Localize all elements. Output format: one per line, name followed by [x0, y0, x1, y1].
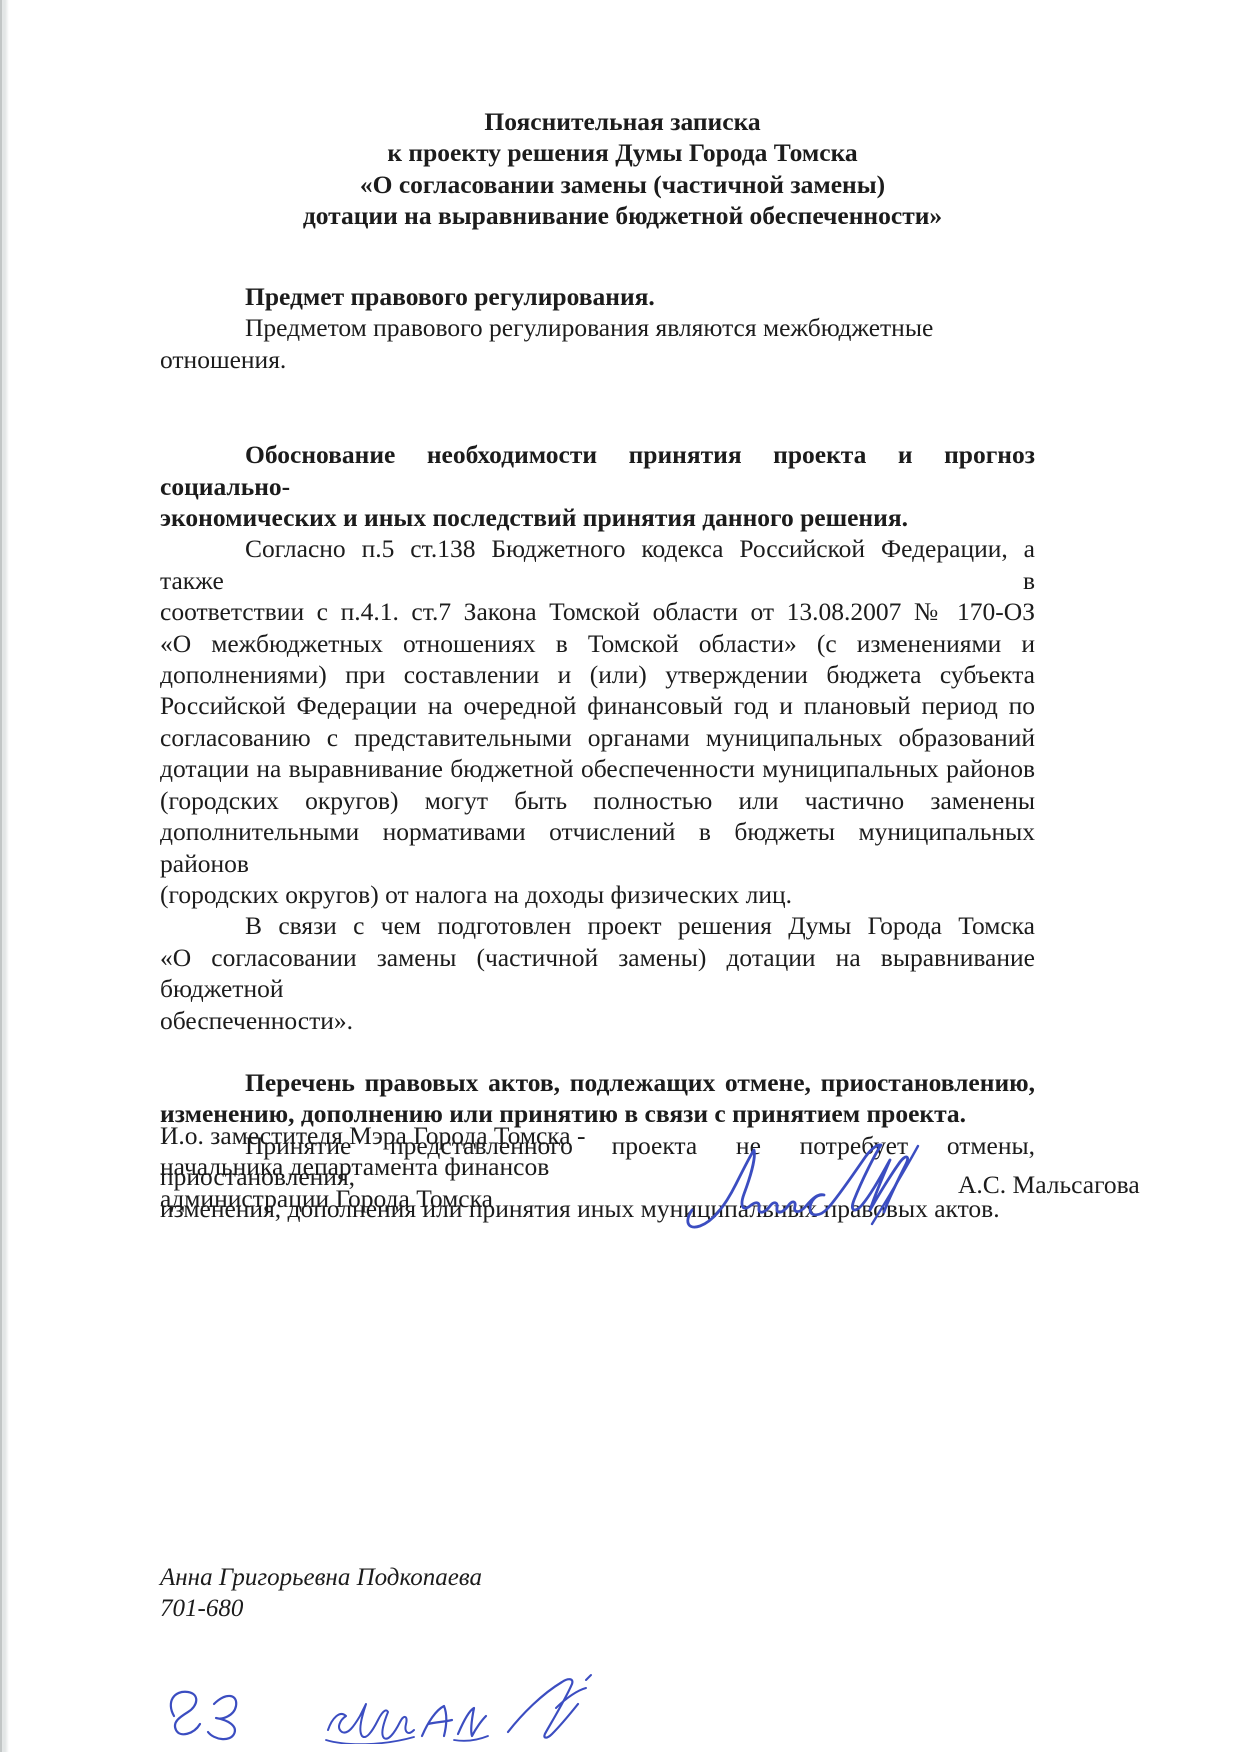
section2-paragraph-2: В связи с чем подготовлен проект решения…	[160, 910, 1035, 1036]
document-body: Предмет правового регулирования. Предмет…	[160, 281, 1035, 1224]
executor-name: Анна Григорьевна Подкопаева	[160, 1562, 482, 1593]
approval-signature-ink-1	[158, 1682, 270, 1742]
section2-heading: Обоснование необходимости принятия проек…	[160, 439, 1035, 533]
scan-edge-artifact	[0, 0, 9, 1752]
approval-signature-ink-4	[498, 1672, 594, 1744]
document-title: Пояснительная запискак проекту решения Д…	[0, 106, 1245, 232]
section2-paragraph-1: Согласно п.5 ст.138 Бюджетного кодекса Р…	[160, 533, 1035, 910]
executor-phone: 701-680	[160, 1593, 482, 1624]
section1-heading: Предмет правового регулирования.	[160, 281, 1035, 312]
scanned-document-page: Пояснительная запискак проекту решения Д…	[0, 0, 1245, 1752]
approval-signature-ink-3	[414, 1700, 492, 1742]
signature-ink	[682, 1136, 934, 1238]
section1-paragraph: Предметом правового регулирования являют…	[160, 312, 1035, 375]
approval-signature-ink-2	[322, 1692, 418, 1744]
signer-position: И.о. заместителя Мэра Города Томска -нач…	[160, 1120, 720, 1214]
signer-name: А.С. Мальсагова	[958, 1170, 1140, 1200]
executor-block: Анна Григорьевна Подкопаева 701-680	[160, 1562, 482, 1625]
